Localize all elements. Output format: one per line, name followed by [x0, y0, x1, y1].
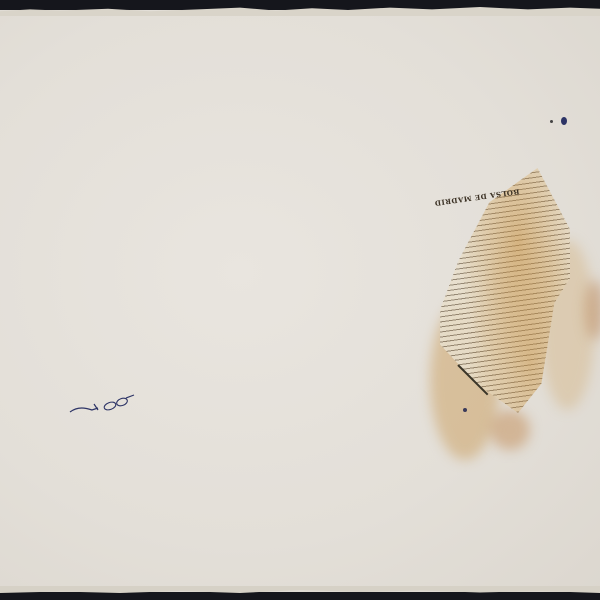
- ink-dot: [561, 117, 567, 125]
- artist-signature: [68, 392, 138, 416]
- ink-dot: [550, 120, 553, 123]
- ink-dot: [463, 408, 467, 412]
- deckle-edge-top: [0, 4, 600, 16]
- ochre-stain: [490, 410, 530, 450]
- ochre-stain: [585, 280, 600, 340]
